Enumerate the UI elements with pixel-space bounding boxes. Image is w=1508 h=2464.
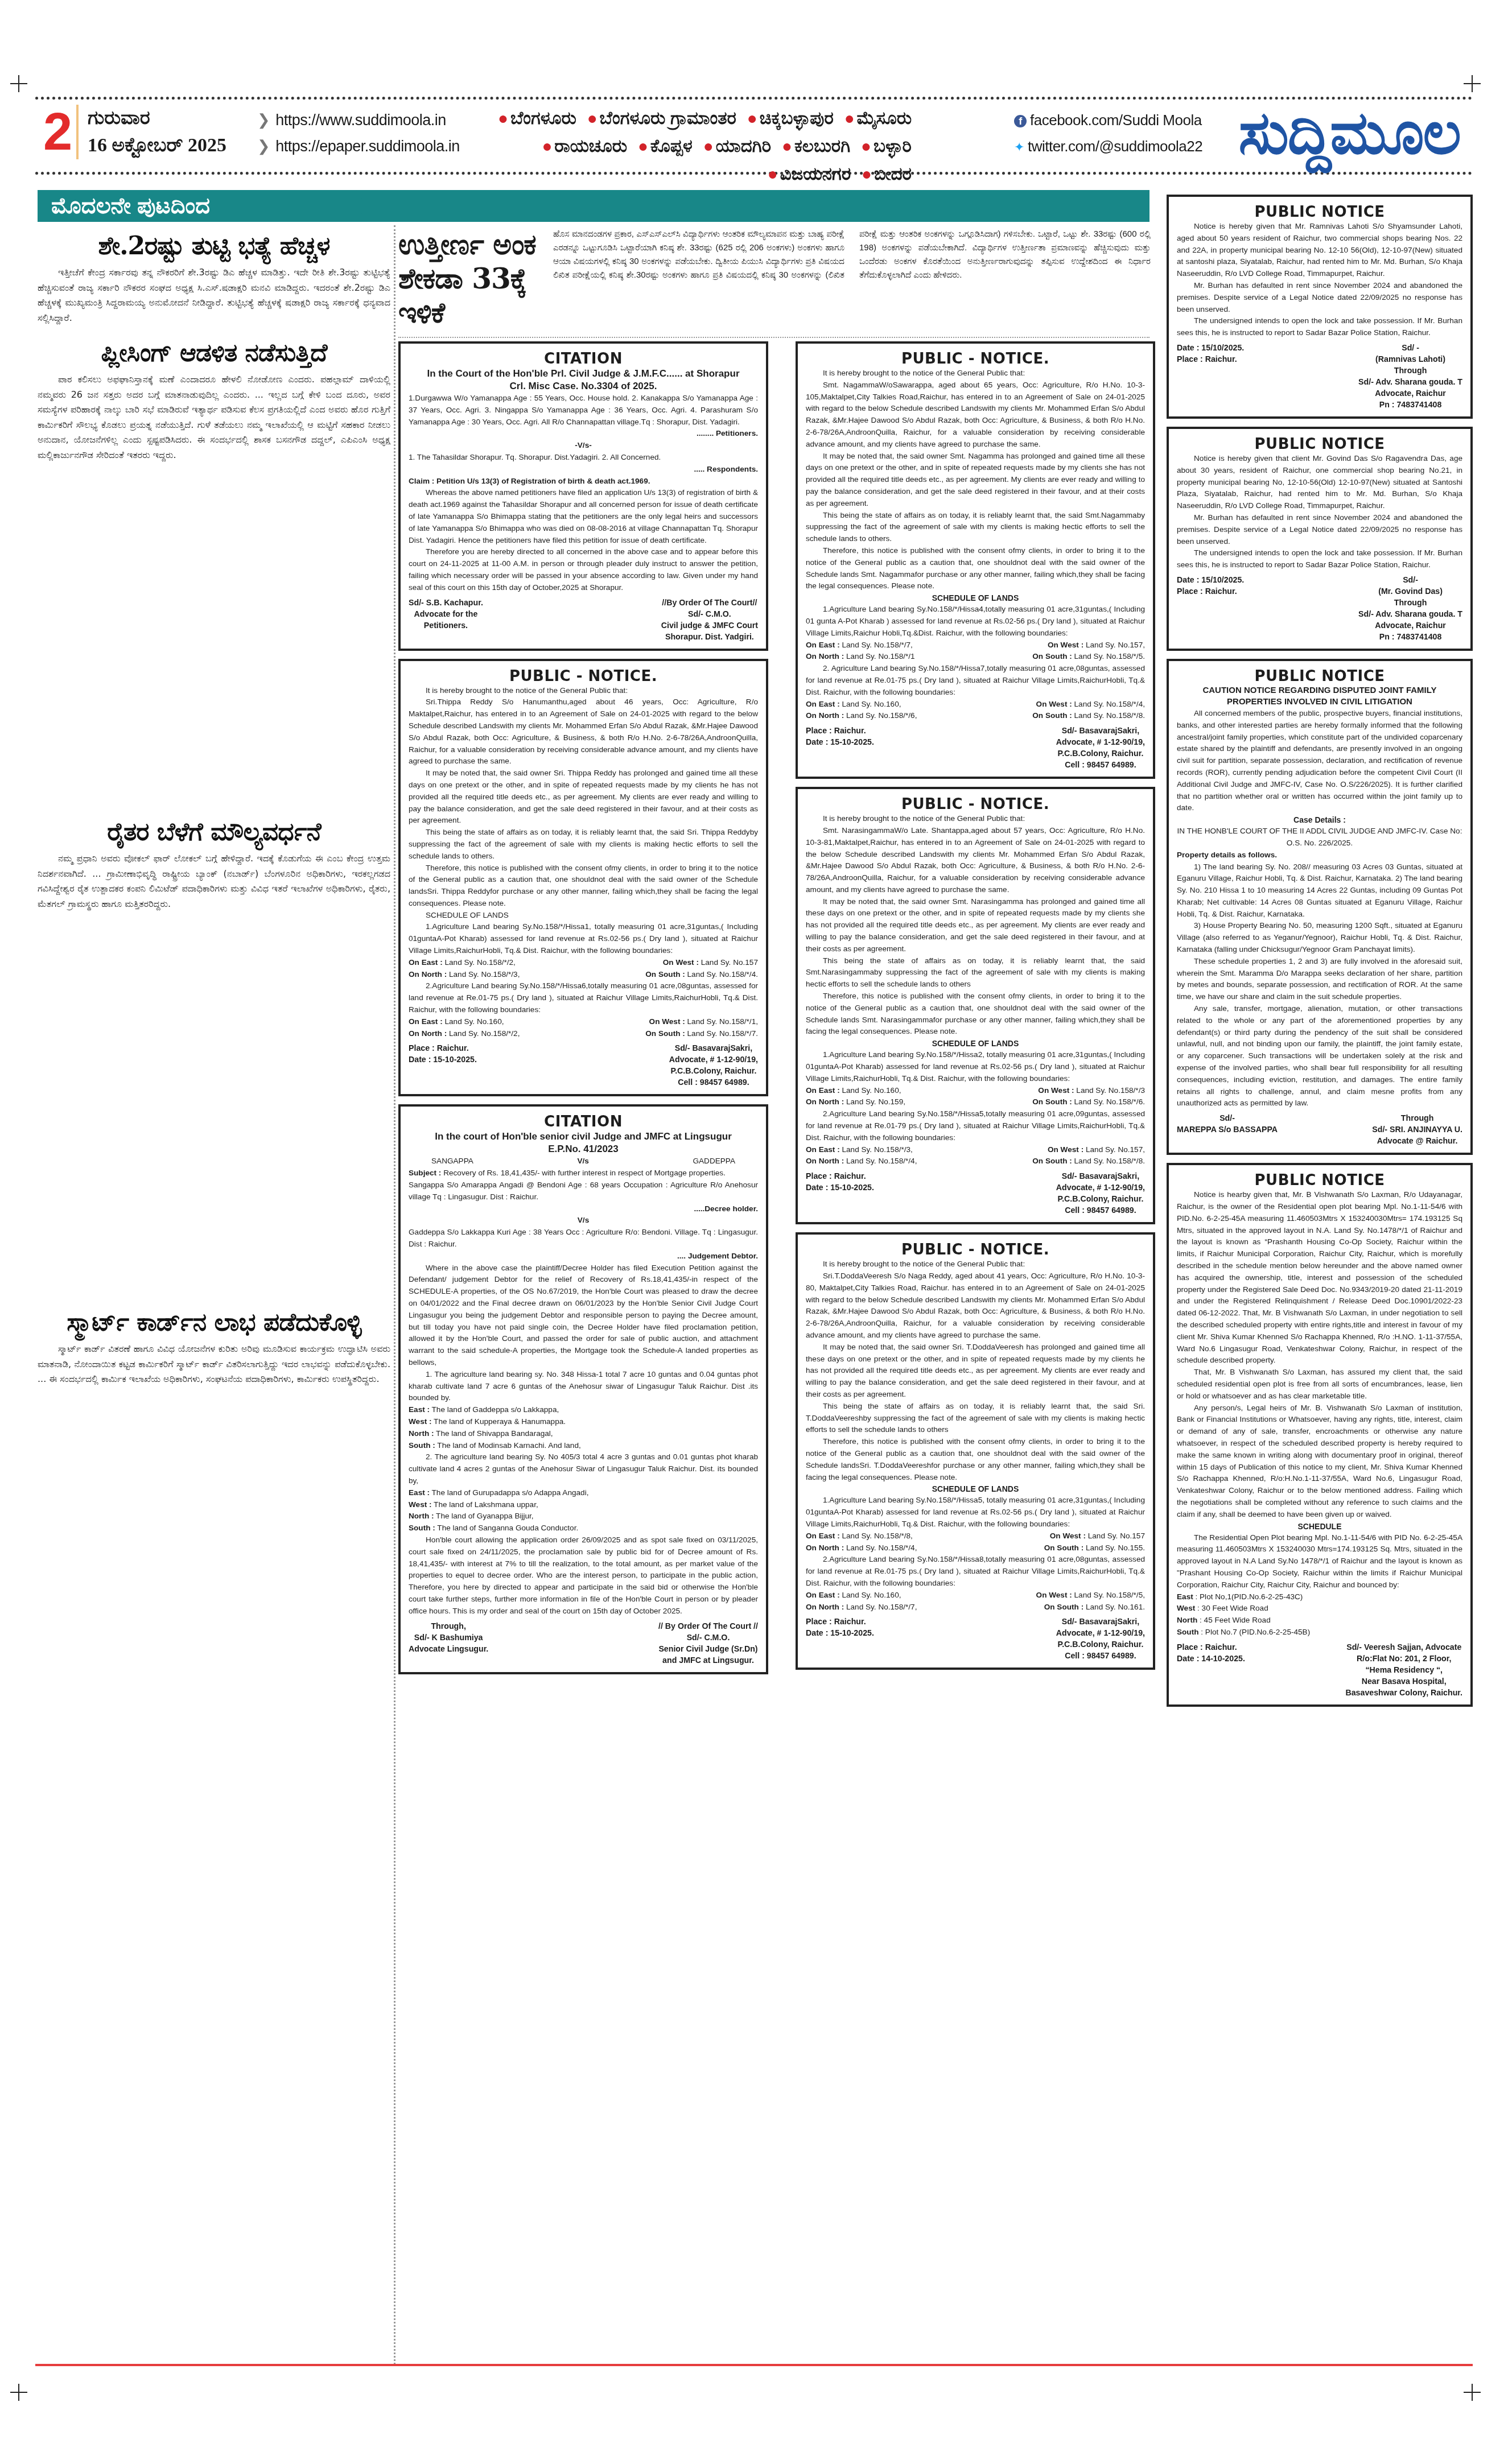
notice-paragraph: Whereas the above named petitioners have… xyxy=(409,487,758,546)
bullet-icon: ● xyxy=(542,137,552,156)
land-description: 1.Agriculture Land bearing Sy.No.158/*/H… xyxy=(806,1495,1145,1530)
district-item: ಬೆಂಗಳೂರು ಗ್ರಾಮಾಂತರ xyxy=(600,108,736,128)
decree-holder-label: .....Decree holder. xyxy=(409,1203,758,1215)
bullet-icon: ● xyxy=(638,137,648,156)
notice-paragraph: Therefore you are hereby directed to all… xyxy=(409,546,758,593)
notice-paragraph: This being the state of affairs as on to… xyxy=(409,827,758,862)
case-number: Crl. Misc Case. No.3304 of 2025. xyxy=(409,380,758,393)
case-parties: SANGAPPA V/s GADDEPPA xyxy=(409,1155,758,1167)
court-name: In the Court of the Hon'ble Prl. Civil J… xyxy=(409,368,758,380)
boundary: West : 30 Feet Wide Road xyxy=(1177,1603,1462,1615)
advocate-signature: Sd/- BasavarajSakri, Advocate, # 1-12-90… xyxy=(1056,1616,1145,1662)
left-column: ಶೇ.2ರಷ್ಟು ತುಟ್ಟಿ ಭತ್ಯೆ ಹೆಚ್ಚಳ ಇತ್ತೀಚೆಗೆ … xyxy=(38,228,390,2136)
notice-paragraph: All concerned members of the public, pro… xyxy=(1177,708,1462,814)
boundaries: On East : Land Sy. No.158/*/3,On West : … xyxy=(806,1144,1145,1156)
signature-block: Date : 15/10/2025. Place : Raichur. Sd/-… xyxy=(1177,575,1462,643)
crop-mark-bottom-left xyxy=(10,2384,27,2401)
place: Place : Raichur. xyxy=(409,1043,477,1054)
schedule-title: SCHEDULE OF LANDS xyxy=(806,1483,1145,1495)
public-notice-narasingamma: PUBLIC - NOTICE. It is hereby brought to… xyxy=(796,787,1155,1224)
article: ಸ್ಮಾರ್ಟ್ ಕಾರ್ಡ್‌ನ ಲಾಭ ಪಡೆದುಕೊಳ್ಳಿ ಸ್ಮಾರ್… xyxy=(38,1304,390,2127)
schedule-title: SCHEDULE OF LANDS xyxy=(409,910,758,922)
boundary: South : The land of Modinsab Karnachi. A… xyxy=(409,1440,758,1452)
bullet-icon: ● xyxy=(862,165,872,184)
notice-paragraph: It may be noted that, the said owner Smt… xyxy=(806,451,1145,510)
boundaries: On North : Land Sy. No.158/*/1On South :… xyxy=(806,651,1145,663)
judgement-debtor-label: .... Judgement Debtor. xyxy=(409,1250,758,1262)
notice-title: PUBLIC NOTICE xyxy=(1177,204,1462,221)
crop-mark-bottom-right xyxy=(1464,2384,1481,2401)
court-name: In the court of Hon'ble senior civil Jud… xyxy=(409,1130,758,1143)
article-headline: ರೈತರ ಬೆಳೆಗೆ ಮೌಲ್ಯವರ್ಧನೆ xyxy=(38,814,390,851)
feature-headline: ಉತ್ತೀರ್ಣ ಅಂಕ ಶೇಕಡಾ 33ಕ್ಕೆ ಇಳಿಕೆ xyxy=(398,228,546,330)
notice-title: PUBLIC - NOTICE. xyxy=(806,1241,1145,1258)
advocate-signature: Sd/- BasavarajSakri, Advocate, # 1-12-90… xyxy=(669,1043,758,1088)
advocate-signature: Sd/- BasavarajSakri, Advocate, # 1-12-90… xyxy=(1056,725,1145,771)
district-row-1: ●ಬೆಂಗಳೂರು ●ಬೆಂಗಳೂರು ಗ್ರಾಮಾಂತರ ●ಚಿಕ್ಕಬಳ್ಳ… xyxy=(445,105,912,133)
district-item: ಬೀದರ xyxy=(874,164,912,184)
date: Date : 14-10-2025. xyxy=(1177,1653,1245,1665)
notice-intro: It is hereby brought to the notice of th… xyxy=(806,813,1145,825)
article-body: ಇತ್ತೀಚೆಗೆ ಕೇಂದ್ರ ಸರ್ಕಾರವು ತನ್ನ ನೌಕರರಿಗೆ … xyxy=(38,265,390,325)
claim: Claim : Petition U/s 13(3) of Registrati… xyxy=(409,476,758,488)
notice-paragraph: It may be noted that, the said owner Sri… xyxy=(409,767,758,827)
issue-date: 16 ಅಕ್ಟೋಬರ್ 2025 xyxy=(88,132,226,159)
land-description: 2.Agriculture Land bearing Sy.No.158/*/H… xyxy=(806,1108,1145,1144)
bullet-icon: ● xyxy=(587,109,597,128)
boundary: East : The land of Gurupadappa s/o Adapp… xyxy=(409,1487,758,1499)
notice-paragraph: Mr. Burhan has defaulted in rent since N… xyxy=(1177,280,1462,315)
place: Place : Raichur. xyxy=(1177,354,1244,365)
boundaries: On East : Land Sy. No.158/*/7,On West : … xyxy=(806,639,1145,651)
boundary: North : 45 Feet Wide Road xyxy=(1177,1615,1462,1627)
versus: V/s xyxy=(409,1215,758,1227)
signature-block: Sd/- S.B. Kachapur. Advocate for the Pet… xyxy=(409,597,758,643)
boundaries: On North : Land Sy. No.158/*/3,On South … xyxy=(409,969,758,981)
crop-mark-top-left xyxy=(10,75,27,92)
signature-block: Through, Sd/- K Bashumiya Advocate Lings… xyxy=(409,1621,758,1666)
schedule-title: SCHEDULE OF LANDS xyxy=(806,592,1145,604)
signature-block: Place : Raichur. Date : 15-10-2025. Sd/-… xyxy=(409,1043,758,1088)
district-item: ಬಳ್ಳಾರಿ xyxy=(874,136,912,156)
notice-intro: It is hereby brought to the notice of th… xyxy=(806,368,1145,379)
boundary: East : The land of Gaddeppa s/o Lakkappa… xyxy=(409,1404,758,1416)
notice-paragraph: Therefore, this notice is published with… xyxy=(806,990,1145,1038)
notice-intro: It is hereby brought to the notice of th… xyxy=(806,1258,1145,1270)
notice-paragraph: Hon'ble court allowing the application o… xyxy=(409,1534,758,1617)
notice-paragraph: This being the state of affairs as on to… xyxy=(806,1401,1145,1436)
versus: -V/s- xyxy=(409,440,758,452)
boundary: North : The land of Gyanappa Bijjur, xyxy=(409,1510,758,1522)
boundary: South : The land of Sanganna Gouda Condu… xyxy=(409,1522,758,1534)
notice-paragraph: It may be noted that, the said owner Sri… xyxy=(806,1342,1145,1401)
public-notice-dodda-veeresh: PUBLIC - NOTICE. It is hereby brought to… xyxy=(796,1232,1155,1670)
notice-paragraph: Therefore, this notice is published with… xyxy=(806,545,1145,592)
property-description: 3) House Property Bearing No. 50, measur… xyxy=(1177,920,1462,955)
advocate-signature: Sd/- BasavarajSakri, Advocate, # 1-12-90… xyxy=(1056,1171,1145,1216)
place: Place : Raichur. xyxy=(806,1616,874,1628)
district-row-2: ●ರಾಯಚೂರು ●ಕೊಪ್ಪಳ ●ಯಾದಗಿರಿ ●ಕಲಬುರಗಿ ●ಬಳ್ಳ… xyxy=(445,133,912,188)
chevron-right-icon: ❯ xyxy=(257,112,270,129)
facebook-link[interactable]: facebook.com/Suddi Moola xyxy=(1030,112,1202,129)
schedule-title: SCHEDULE OF LANDS xyxy=(806,1038,1145,1049)
respondents: 1. The Tahasildar Shorapur. Tq. Shorapur… xyxy=(409,452,758,464)
page-number: 2 xyxy=(43,101,72,163)
website-links: ❯https://www.suddimoola.in ❯https://epap… xyxy=(257,107,460,159)
section-header: ಮೊದಲನೇ ಪುಟದಿಂದ xyxy=(38,190,1149,222)
crop-mark-top-right xyxy=(1464,75,1481,92)
district-list: ●ಬೆಂಗಳೂರು ●ಬೆಂಗಳೂರು ಗ್ರಾಮಾಂತರ ●ಚಿಕ್ಕಬಳ್ಳ… xyxy=(445,105,912,188)
notice-paragraph: The undersigned intends to open the lock… xyxy=(1177,315,1462,339)
case-details-title: Case Details : xyxy=(1177,814,1462,826)
notice-paragraph: Notice is hereby given that Mr. Ramnivas… xyxy=(1177,221,1462,280)
notice-paragraph: Notice is hearby given that, Mr. B Vishw… xyxy=(1177,1189,1462,1367)
boundary: South : Plot No.7 (PID.No.6-2-25-45B) xyxy=(1177,1627,1462,1638)
boundaries: On East : Land Sy. No.160,On West : Land… xyxy=(806,1085,1145,1097)
boundary: West : The land of Kupperaya & Hanumappa… xyxy=(409,1416,758,1428)
notice-paragraph: Smt. NagammaW/oSawarappa, aged about 65 … xyxy=(806,379,1145,451)
district-item: ಕೊಪ್ಪಳ xyxy=(650,136,693,156)
date: Date : 15-10-2025. xyxy=(806,1628,874,1639)
notice-paragraph: Sri.T.DoddaVeeresh S/o Naga Reddy, aged … xyxy=(806,1270,1145,1342)
article-body: ಪಾಠ ಕಲಿಸಲು ಅಫಘಾನಿಸ್ತಾನಕ್ಕೆ ಮಣೆ ಎಂದಾದರೂ ಹ… xyxy=(38,372,390,804)
parties: 1.Durgawwa W/o Yamanappa Age : 55 Years,… xyxy=(409,393,758,428)
schedule-description: The Residential Open Plot bearing Mpl. N… xyxy=(1177,1532,1462,1591)
signature-block: Place : Raichur. Date : 15-10-2025. Sd/-… xyxy=(806,725,1145,771)
right-column-1: PUBLIC - NOTICE. It is hereby brought to… xyxy=(796,341,1155,1678)
notice-paragraph: This being the state of affairs as on to… xyxy=(806,510,1145,545)
boundary: West : The land of Lakshmana uppar, xyxy=(409,1499,758,1511)
epaper-link[interactable]: https://epaper.suddimoola.in xyxy=(275,138,460,155)
boundaries: On East : Land Sy. No.158/*/8,On West : … xyxy=(806,1530,1145,1542)
notice-paragraph: Therefore, this notice is published with… xyxy=(409,862,758,910)
bullet-icon: ● xyxy=(782,137,792,156)
advocate-signature: Sd/- S.B. Kachapur. Advocate for the Pet… xyxy=(409,597,483,643)
article-headline: ಸ್ಮಾರ್ಟ್ ಕಾರ್ಡ್‌ನ ಲಾಭ ಪಡೆದುಕೊಳ್ಳಿ xyxy=(38,1304,390,1342)
notice-paragraph: The undersigned intends to open the lock… xyxy=(1177,547,1462,571)
land-description: 1.Agriculture Land bearing Sy.No.158/*/H… xyxy=(806,1049,1145,1084)
column-divider xyxy=(394,225,395,2364)
boundaries: On North : Land Sy. No.159,On South : La… xyxy=(806,1096,1145,1108)
twitter-icon: ✦ xyxy=(1014,140,1024,154)
subject: Subject : Recovery of Rs. 18,41,435/- wi… xyxy=(409,1167,758,1179)
article-body: ಸ್ಮಾರ್ಟ್ ಕಾರ್ಡ್ ವಿತರಣೆ ಹಾಗೂ ವಿವಿಧ ಯೋಜನೆಗ… xyxy=(38,1342,390,2127)
newspaper-logo: ಸುದ್ದಿಮೂಲ xyxy=(1238,99,1460,167)
notice-paragraph: Smt. NarasingammaW/o Late. Shantappa,age… xyxy=(806,825,1145,896)
advocate-signature: Through Sd/- SRI. ANJINAYYA U. Advocate … xyxy=(1372,1113,1462,1147)
feature-body: ಹೊಸ ಮಾನದಂಡಗಳ ಪ್ರಕಾರ, ಎಸ್‌ಎಸ್‌ಎಲ್‌ಸಿ ವಿದ್… xyxy=(553,228,1151,282)
bullet-icon: ● xyxy=(703,137,714,156)
notice-subtitle: CAUTION NOTICE REGARDING DISPUTED JOINT … xyxy=(1177,685,1462,708)
date: Date : 15/10/2025. xyxy=(1177,575,1244,586)
notice-paragraph: Notice is hereby given that client Mr. G… xyxy=(1177,453,1462,512)
date: Date : 15/10/2025. xyxy=(1177,342,1244,354)
article: ಪ್ಲೀಸಿಂಗ್ ಆಡಳಿತ ನಡೆಸುತ್ತಿದೆ ಪಾಠ ಕಲಿಸಲು ಅ… xyxy=(38,335,390,804)
place: Place : Raichur. xyxy=(806,725,874,737)
land-description: 2.Agriculture Land bearing Sy.No.158/*/H… xyxy=(409,980,758,1016)
date: Date : 15-10-2025. xyxy=(806,1182,874,1194)
notice-title: PUBLIC NOTICE xyxy=(1177,436,1462,453)
boundaries: On East : Land Sy. No.160,On West : Land… xyxy=(806,1590,1145,1602)
case-details: IN THE HONB'LE COURT OF THE II ADDL CIVI… xyxy=(1177,826,1462,849)
notice-paragraph: Where in the above case the plaintiff/De… xyxy=(409,1262,758,1369)
feature-story: ಉತ್ತೀರ್ಣ ಅಂಕ ಶೇಕಡಾ 33ಕ್ಕೆ ಇಳಿಕೆ ಹೊಸ ಮಾನದ… xyxy=(398,228,1149,333)
page-number-divider xyxy=(76,105,79,159)
bullet-icon: ● xyxy=(498,109,508,128)
schedule-title: SCHEDULE xyxy=(1177,1521,1462,1532)
boundaries: On North : Land Sy. No.158/*/4,On South … xyxy=(806,1542,1145,1554)
boundary: North : The land of Shivappa Bandaragal, xyxy=(409,1428,758,1440)
place: Place : Raichur. xyxy=(806,1171,874,1182)
feature-divider xyxy=(398,337,1149,338)
notice-paragraph: Sri.Thippa Reddy S/o Hanumanthu,aged abo… xyxy=(409,696,758,767)
notice-title: PUBLIC - NOTICE. xyxy=(409,668,758,685)
article-headline: ಪ್ಲೀಸಿಂಗ್ ಆಡಳಿತ ನಡೆಸುತ್ತಿದೆ xyxy=(38,335,390,372)
notice-title: CITATION xyxy=(409,1113,758,1130)
respondents-label: ..... Respondents. xyxy=(409,464,758,476)
boundaries: On North : Land Sy. No.158/*/4,On South … xyxy=(806,1155,1145,1167)
article-headline: ಶೇ.2ರಷ್ಟು ತುಟ್ಟಿ ಭತ್ಯೆ ಹೆಚ್ಚಳ xyxy=(38,228,390,265)
case-number: E.P.No. 41/2023 xyxy=(409,1143,758,1155)
bullet-icon: ● xyxy=(844,109,854,128)
land-description: 1. The agriculture land bearing sy. No. … xyxy=(409,1369,758,1404)
district-item: ವಿಜಯನಗರ xyxy=(780,164,851,184)
notice-title: PUBLIC - NOTICE. xyxy=(806,796,1145,813)
signature-block: Place : Raichur. Date : 15-10-2025. Sd/-… xyxy=(806,1616,1145,1662)
article: ರೈತರ ಬೆಳೆಗೆ ಮೌಲ್ಯವರ್ಧನೆ ನಮ್ಮ ಪ್ರಧಾನಿ ಅವರ… xyxy=(38,814,390,1295)
article: ಶೇ.2ರಷ್ಟು ತುಟ್ಟಿ ಭತ್ಯೆ ಹೆಚ್ಚಳ ಇತ್ತೀಚೆಗೆ … xyxy=(38,228,390,325)
notice-paragraph: This being the state of affairs as on to… xyxy=(806,955,1145,990)
boundary: East : Plot No,1(PID.No.6-2-25-43C) xyxy=(1177,1591,1462,1603)
public-notice-thippa-reddy: PUBLIC - NOTICE. It is hereby brought to… xyxy=(398,659,768,1097)
date: Date : 15-10-2025. xyxy=(806,737,874,748)
social-links: ffacebook.com/Suddi Moola ✦twitter.com/@… xyxy=(1014,107,1202,160)
citation-lingsugur: CITATION In the court of Hon'ble senior … xyxy=(398,1104,768,1674)
bullet-icon: ● xyxy=(861,137,871,156)
page-bottom-rule xyxy=(35,2364,1473,2366)
dateline: ಗುರುವಾರ 16 ಅಕ್ಟೋಬರ್ 2025 xyxy=(88,105,226,159)
notice-paragraph: These schedule properties 1, 2 and 3) ar… xyxy=(1177,956,1462,1003)
decree-holder: Sangappa S/o Amarappa Angadi @ Bendoni A… xyxy=(409,1179,758,1203)
land-description: 2.Agriculture Land bearing Sy.No.158/*/H… xyxy=(806,1554,1145,1589)
notice-intro: It is hereby brought to the notice of th… xyxy=(409,685,758,697)
property-details-title: Property details as follows. xyxy=(1177,849,1462,861)
district-item: ಚಿಕ್ಕಬಳ್ಳಾಪುರ xyxy=(760,108,834,128)
district-item: ಯಾದಗಿರಿ xyxy=(716,136,772,156)
notice-paragraph: Therefore, this notice is published with… xyxy=(806,1436,1145,1483)
notice-paragraph: Any sale, transfer, mortgage, alienation… xyxy=(1177,1003,1462,1109)
notice-title: PUBLIC NOTICE xyxy=(1177,1172,1462,1189)
public-notice-ramnivas: PUBLIC NOTICE Notice is hereby given tha… xyxy=(1167,195,1473,419)
middle-column: CITATION In the Court of the Hon'ble Prl… xyxy=(398,341,768,1682)
boundaries: On North : Land Sy. No.158/*/2,On South … xyxy=(409,1028,758,1040)
property-description: 1) The land bearing Sy. No. 208// measur… xyxy=(1177,861,1462,921)
public-notice-nagamma: PUBLIC - NOTICE. It is hereby brought to… xyxy=(796,341,1155,779)
advocate-signature: Sd/- (Mr. Govind Das) Through Sd/- Adv. … xyxy=(1358,575,1462,643)
advocate-signature: Sd/- Veeresh Sajjan, Advocate R/o:Flat N… xyxy=(1345,1642,1462,1699)
citation-shorapur: CITATION In the Court of the Hon'ble Prl… xyxy=(398,341,768,651)
boundaries: On East : Land Sy. No.160,On West : Land… xyxy=(806,699,1145,711)
court-signature: // By Order Of The Court // Sd/- C.M.O. … xyxy=(658,1621,758,1666)
land-description: 2. Agriculture Land bearing Sy.No.158/*/… xyxy=(806,663,1145,698)
public-notice-vishwanath: PUBLIC NOTICE Notice is hearby given tha… xyxy=(1167,1163,1473,1706)
twitter-link[interactable]: twitter.com/@suddimoola22 xyxy=(1028,138,1202,155)
public-notice-govind-das: PUBLIC NOTICE Notice is hereby given tha… xyxy=(1167,427,1473,651)
section-title: ಮೊದಲನೇ ಪುಟದಿಂದ xyxy=(38,190,356,222)
boundaries: On East : Land Sy. No.158/*/2,On West : … xyxy=(409,957,758,969)
notice-title: PUBLIC - NOTICE. xyxy=(806,350,1145,368)
boundaries: On East : Land Sy. No.160,On West : Land… xyxy=(409,1016,758,1028)
facebook-icon: f xyxy=(1014,115,1027,127)
place: Place : Raichur. xyxy=(1177,586,1244,597)
bullet-icon: ● xyxy=(768,165,778,184)
boundaries: On North : Land Sy. No.158/*/6,On South … xyxy=(806,710,1145,722)
boundaries: On North : Land Sy. No.158/*/7,On South … xyxy=(806,1602,1145,1613)
advocate-signature: Through, Sd/- K Bashumiya Advocate Lings… xyxy=(409,1621,488,1666)
chevron-right-icon: ❯ xyxy=(257,138,270,155)
notice-title: CITATION xyxy=(409,350,758,368)
district-item: ಬೆಂಗಳೂರು xyxy=(510,108,576,128)
signature-block: Place : Raichur. Date : 15-10-2025. Sd/-… xyxy=(806,1171,1145,1216)
district-item: ರಾಯಚೂರು xyxy=(554,136,627,156)
place: Place : Raichur. xyxy=(1177,1642,1245,1653)
notice-paragraph: Any person/s, Legal heirs of Mr. B. Vish… xyxy=(1177,1402,1462,1521)
judgement-debtor: Gaddeppa S/o Lakkappa Kuri Age : 38 Year… xyxy=(409,1227,758,1250)
party-signature: Sd/- MAREPPA S/o BASSAPPA xyxy=(1177,1113,1278,1147)
land-description: 2. The agriculture land bearing Sy. No 4… xyxy=(409,1451,758,1487)
court-signature: //By Order Of The Court// Sd/- C.M.O. Ci… xyxy=(661,597,758,643)
bullet-icon: ● xyxy=(747,109,757,128)
signature-block: Sd/- MAREPPA S/o BASSAPPA Through Sd/- S… xyxy=(1177,1113,1462,1147)
weekday: ಗುರುವಾರ xyxy=(88,105,226,132)
signature-block: Place : Raichur. Date : 14-10-2025. Sd/-… xyxy=(1177,1642,1462,1699)
land-description: 1.Agriculture Land bearing Sy.No.158/*/H… xyxy=(409,921,758,956)
caution-notice: PUBLIC NOTICE CAUTION NOTICE REGARDING D… xyxy=(1167,659,1473,1155)
signature-block: Date : 15/10/2025. Place : Raichur. Sd/ … xyxy=(1177,342,1462,411)
article-body: ನಮ್ಮ ಪ್ರಧಾನಿ ಅವರು ವೋಕಲ್ ಫಾರ್ ಲೋಕಲ್ ಬಗ್ಗೆ… xyxy=(38,851,390,1295)
district-item: ಕಲಬುರಗಿ xyxy=(794,136,850,156)
notice-paragraph: Mr. Burhan has defaulted in rent since N… xyxy=(1177,512,1462,547)
notice-paragraph: It may be noted that, the said owner Smt… xyxy=(806,896,1145,955)
masthead: 2 ಗುರುವಾರ 16 ಅಕ್ಟೋಬರ್ 2025 ❯https://www.… xyxy=(35,101,1473,163)
website-link[interactable]: https://www.suddimoola.in xyxy=(275,112,446,129)
district-item: ಮೈಸೂರು xyxy=(857,108,912,128)
petitioners-label: ........ Petitioners. xyxy=(409,428,758,440)
advocate-signature: Sd/ - (Ramnivas Lahoti) Through Sd/- Adv… xyxy=(1358,342,1462,411)
notice-title: PUBLIC NOTICE xyxy=(1177,668,1462,685)
notice-paragraph: That, Mr. B Vishwanath S/o Laxman, has a… xyxy=(1177,1367,1462,1402)
right-column-2: PUBLIC NOTICE Notice is hereby given tha… xyxy=(1167,195,1473,1715)
land-description: 1.Agriculture Land bearing Sy.No.158/*/H… xyxy=(806,604,1145,639)
date: Date : 15-10-2025. xyxy=(409,1054,477,1066)
